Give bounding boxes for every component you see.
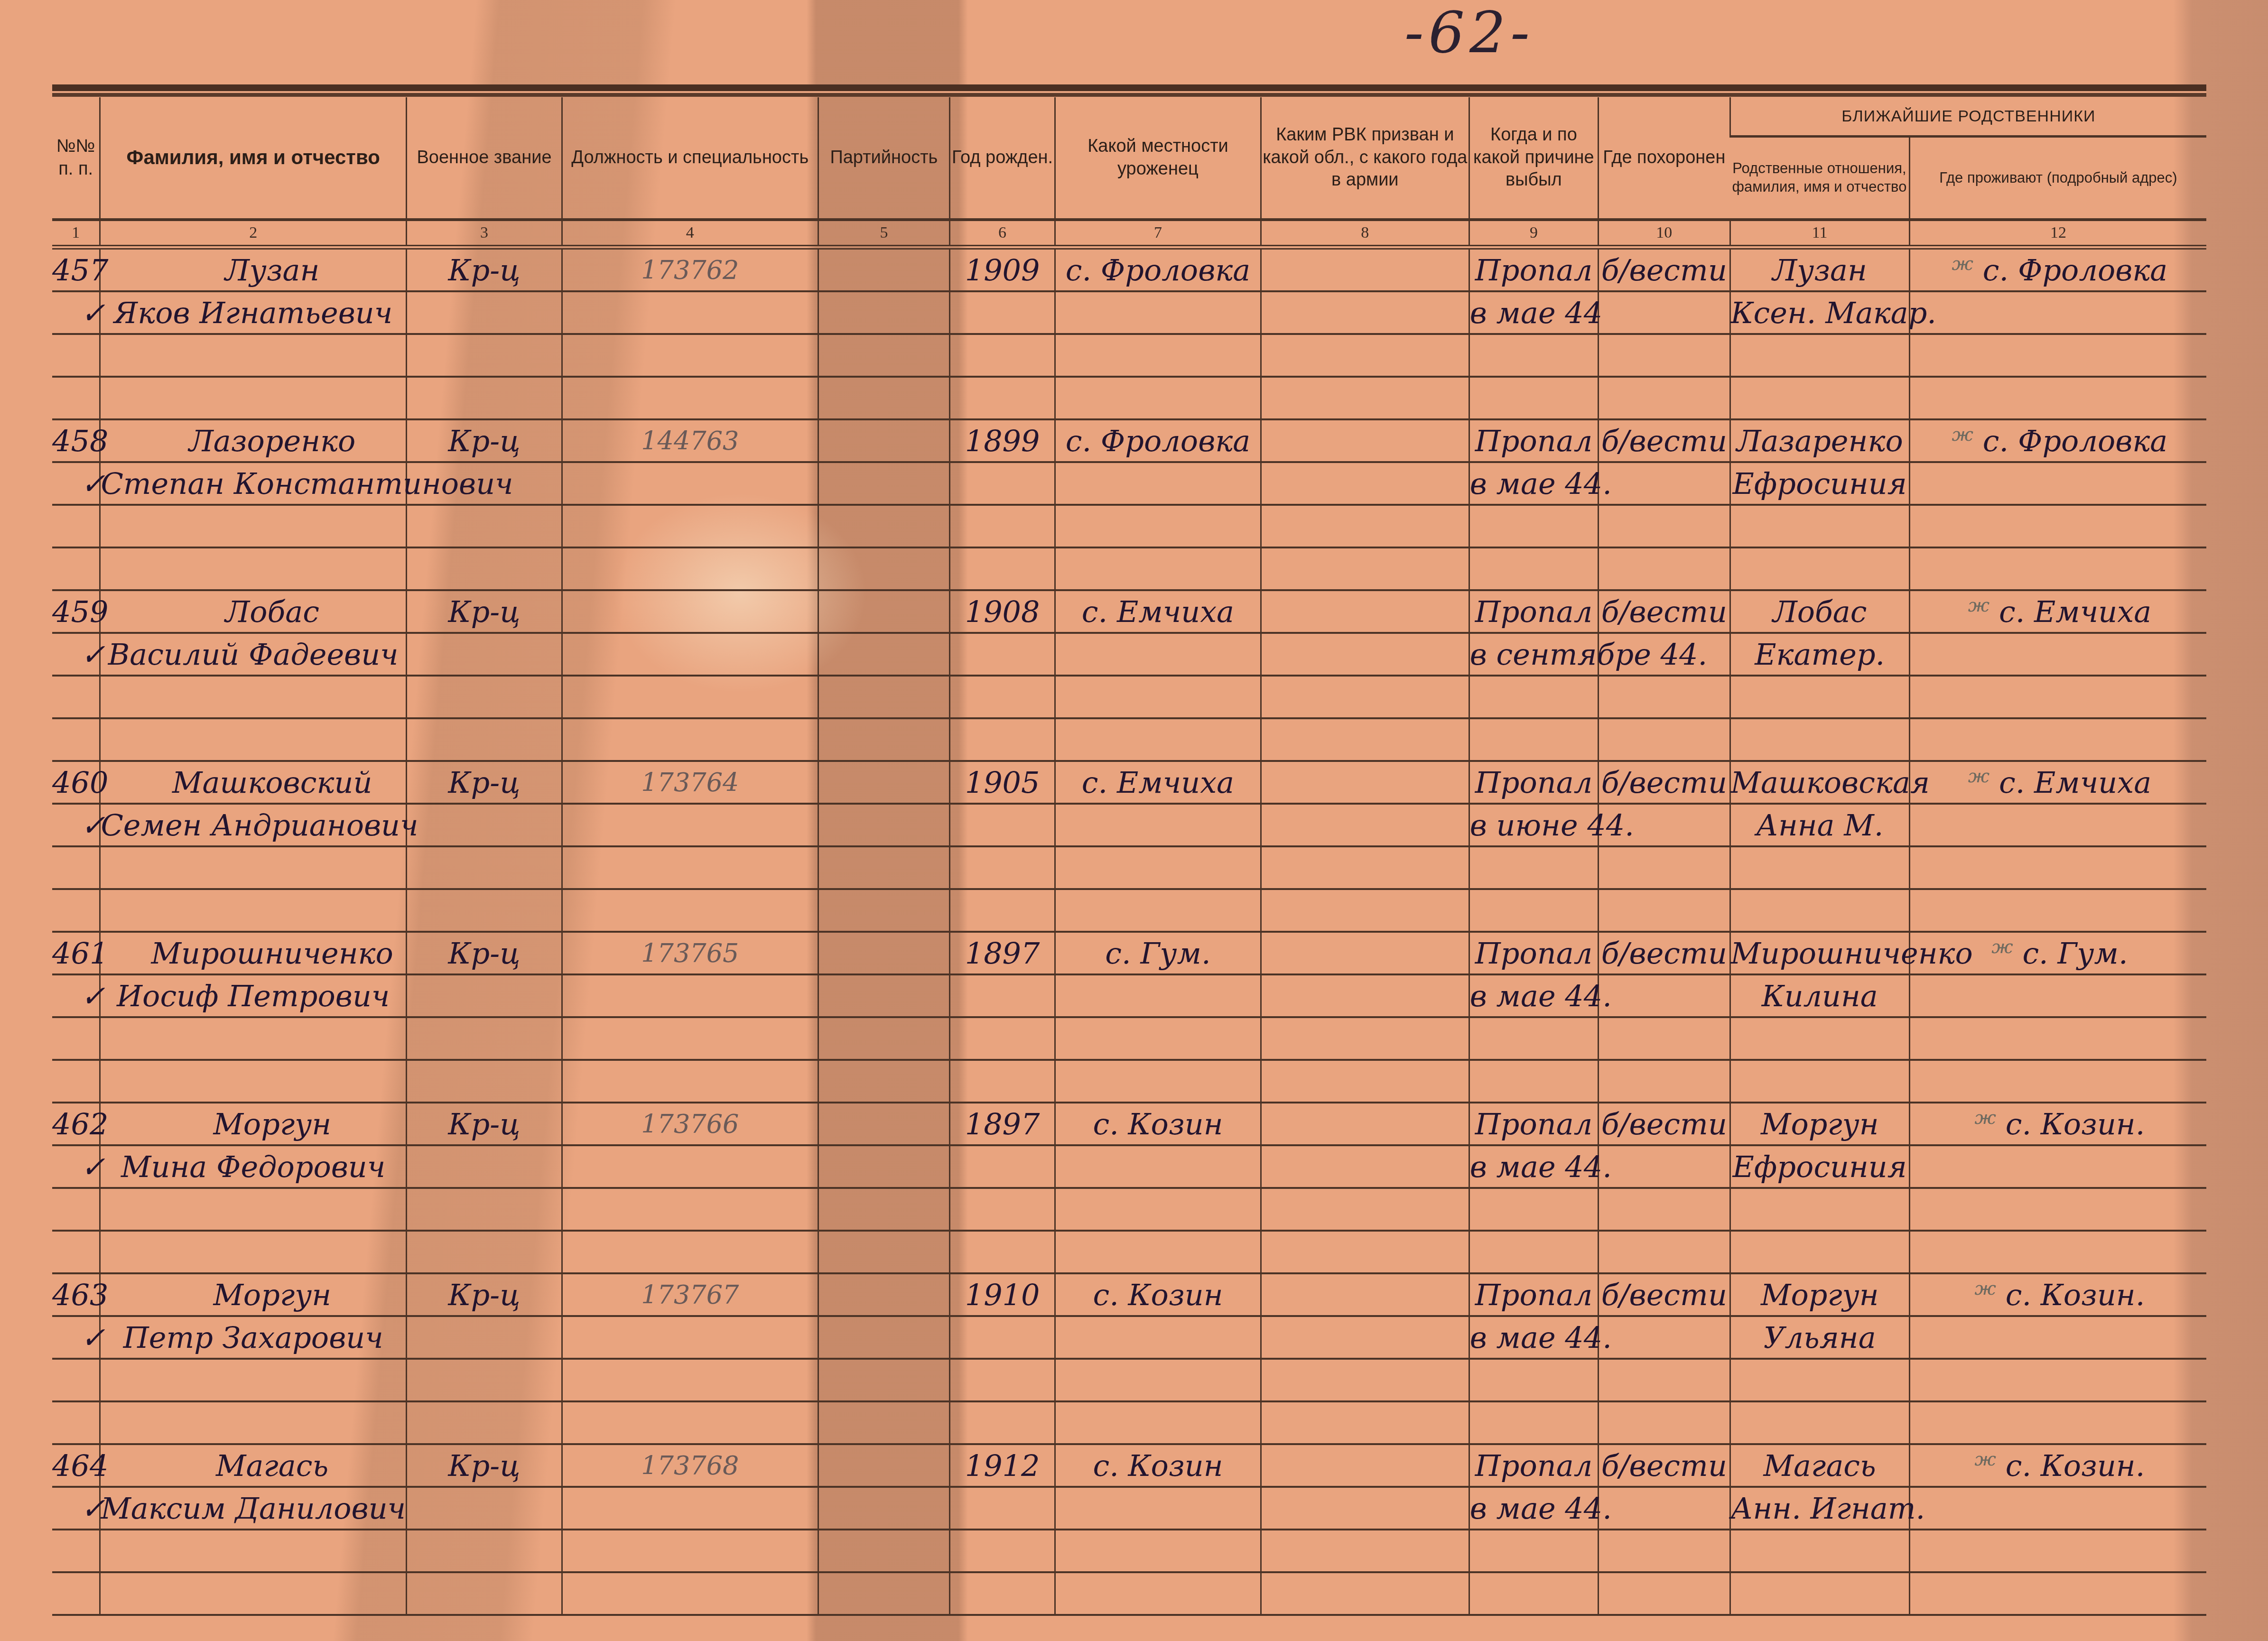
empty-cell	[1909, 462, 2206, 505]
empty-cell	[950, 1145, 1055, 1188]
cell-surname: Мирошниченко	[100, 932, 407, 974]
empty-cell	[950, 1359, 1055, 1401]
empty-cell	[562, 1017, 818, 1060]
empty-cell	[52, 846, 100, 889]
empty-cell	[1055, 1530, 1261, 1572]
cell-position: 173768	[562, 1444, 818, 1487]
empty-cell	[407, 291, 562, 334]
record-row-line: ✓Петр Захаровичв мае 44.Ульяна	[52, 1316, 2206, 1359]
empty-cell	[1261, 1530, 1469, 1572]
cell-buried: б/вести	[1599, 1103, 1730, 1145]
address-text: с. Фроловка	[1983, 253, 2168, 287]
empty-cell	[818, 547, 949, 590]
empty-cell	[1730, 1231, 1909, 1273]
empty-cell	[562, 1060, 818, 1103]
empty-cell	[52, 505, 100, 547]
cell-rvk	[1261, 1273, 1469, 1316]
empty-cell	[1909, 1530, 2206, 1572]
cell-reason-2: в мае 44.	[1469, 1487, 1598, 1530]
cell-party	[818, 1444, 949, 1487]
cell-reason-2: в мае 44.	[1469, 1316, 1598, 1359]
col-header-address: Где проживают (подробный адрес)	[1909, 137, 2206, 220]
empty-cell	[1730, 676, 1909, 718]
empty-cell	[1469, 547, 1598, 590]
empty-cell	[1909, 1017, 2206, 1060]
empty-cell	[950, 334, 1055, 377]
cell-name: Василий Фадеевич	[100, 633, 407, 676]
col-header-rvk: Каким РВК призван и какой обл., с какого…	[1261, 97, 1469, 220]
empty-cell	[1599, 1401, 1730, 1444]
empty-cell	[950, 505, 1055, 547]
empty-cell	[1909, 1316, 2206, 1359]
empty-cell	[1599, 291, 1730, 334]
relation-mark: ж	[1974, 1107, 1996, 1129]
empty-cell	[407, 1316, 562, 1359]
empty-cell	[818, 462, 949, 505]
cell-position: 173764	[562, 761, 818, 804]
cell-birth-year: 1910	[950, 1273, 1055, 1316]
empty-cell	[407, 547, 562, 590]
empty-cell	[562, 1401, 818, 1444]
empty-cell	[1261, 377, 1469, 419]
empty-cell	[1730, 1359, 1909, 1401]
checkmark-icon: ✓	[52, 1145, 100, 1188]
empty-cell	[818, 1316, 949, 1359]
empty-cell	[562, 633, 818, 676]
empty-cell	[1909, 676, 2206, 718]
empty-cell	[1261, 1572, 1469, 1615]
cell-reason-2: в мае 44	[1469, 291, 1598, 334]
col-num-12: 12	[1909, 220, 2206, 247]
empty-cell	[1055, 1572, 1261, 1615]
empty-cell	[1055, 1316, 1261, 1359]
empty-cell	[1469, 1060, 1598, 1103]
cell-rank: Кр-ц	[407, 1444, 562, 1487]
empty-cell	[407, 1530, 562, 1572]
cell-birth-year: 1897	[950, 1103, 1055, 1145]
empty-cell	[100, 1401, 407, 1444]
cell-rank: Кр-ц	[407, 590, 562, 633]
cell-relative-1: Лузан	[1730, 247, 1909, 291]
cell-name: Петр Захарович	[100, 1316, 407, 1359]
cell-surname: Лазоренко	[100, 419, 407, 462]
empty-cell	[1469, 846, 1598, 889]
empty-cell	[950, 1530, 1055, 1572]
loss-register-table: №№ п. п. Фамилия, имя и отчество Военное…	[52, 97, 2206, 1616]
empty-cell	[1909, 889, 2206, 932]
cell-reason-1: Пропал	[1469, 1103, 1598, 1145]
empty-cell	[950, 1572, 1055, 1615]
empty-cell	[100, 1060, 407, 1103]
empty-cell	[52, 1060, 100, 1103]
empty-cell	[1599, 1145, 1730, 1188]
empty-cell	[1055, 633, 1261, 676]
empty-cell	[1055, 676, 1261, 718]
cell-birthplace: с. Козин	[1055, 1444, 1261, 1487]
cell-birthplace: с. Фроловка	[1055, 247, 1261, 291]
empty-cell	[100, 1359, 407, 1401]
cell-birth-year: 1899	[950, 419, 1055, 462]
empty-cell	[1261, 804, 1469, 846]
cell-party	[818, 761, 949, 804]
empty-cell	[1055, 1359, 1261, 1401]
cell-position: 144763	[562, 419, 818, 462]
empty-cell	[1261, 718, 1469, 761]
cell-no: 463	[52, 1273, 100, 1316]
cell-party	[818, 247, 949, 291]
cell-birthplace: с. Козин	[1055, 1103, 1261, 1145]
empty-cell	[818, 846, 949, 889]
empty-cell	[1909, 377, 2206, 419]
cell-position: 173767	[562, 1273, 818, 1316]
empty-cell	[100, 846, 407, 889]
cell-buried: б/вести	[1599, 590, 1730, 633]
empty-cell	[1261, 462, 1469, 505]
checkmark-icon: ✓	[52, 291, 100, 334]
empty-cell	[52, 1017, 100, 1060]
cell-surname: Лузан	[100, 247, 407, 291]
cell-rank: Кр-ц	[407, 761, 562, 804]
empty-cell	[1730, 547, 1909, 590]
empty-cell	[1599, 889, 1730, 932]
record-row: 459ЛобасКр-ц1908с. ЕмчихаПропалб/вестиЛо…	[52, 590, 2206, 633]
col-num-3: 3	[407, 220, 562, 247]
record-row-line	[52, 1231, 2206, 1273]
address-text: с. Гум.	[2022, 936, 2128, 971]
empty-cell	[950, 462, 1055, 505]
relation-mark: ж	[1974, 1448, 1996, 1470]
record-row-line: ✓Семен Андриановичв июне 44.Анна М.	[52, 804, 2206, 846]
empty-cell	[1469, 1401, 1598, 1444]
empty-cell	[1909, 633, 2206, 676]
address-text: с. Емчиха	[1999, 594, 2151, 629]
col-header-position: Должность и специальность	[562, 97, 818, 220]
empty-cell	[1055, 1487, 1261, 1530]
record-row-line	[52, 1401, 2206, 1444]
col-num-10: 10	[1599, 220, 1730, 247]
empty-cell	[1730, 334, 1909, 377]
relation-mark: ж	[1968, 594, 1989, 616]
record-row-line: ✓Василий Фадеевичв сентябре 44.Екатер.	[52, 633, 2206, 676]
cell-relative-2: Ульяна	[1730, 1316, 1909, 1359]
cell-name: Мина Федорович	[100, 1145, 407, 1188]
col-header-birth-year: Год рожден.	[950, 97, 1055, 220]
empty-cell	[1599, 377, 1730, 419]
empty-cell	[1909, 1572, 2206, 1615]
empty-cell	[562, 1487, 818, 1530]
empty-cell	[52, 334, 100, 377]
empty-cell	[950, 633, 1055, 676]
empty-cell	[818, 505, 949, 547]
col-header-buried: Где похоронен	[1599, 97, 1730, 220]
empty-cell	[1599, 718, 1730, 761]
record-row-line	[52, 377, 2206, 419]
page-number: -62-	[1404, 0, 1534, 66]
empty-cell	[1730, 1401, 1909, 1444]
empty-cell	[100, 505, 407, 547]
column-number-row: 1 2 3 4 5 6 7 8 9 10 11 12	[52, 220, 2206, 247]
empty-cell	[1055, 505, 1261, 547]
cell-birthplace: с. Гум.	[1055, 932, 1261, 974]
cell-address: ж с. Козин.	[1909, 1273, 2206, 1316]
col-num-6: 6	[950, 220, 1055, 247]
empty-cell	[1730, 1530, 1909, 1572]
cell-birthplace: с. Емчиха	[1055, 590, 1261, 633]
empty-cell	[1469, 1530, 1598, 1572]
empty-cell	[1909, 334, 2206, 377]
record-row-line: ✓Степан Константиновичв мае 44.Ефросиния	[52, 462, 2206, 505]
cell-address: ж с. Козин.	[1909, 1444, 2206, 1487]
empty-cell	[562, 377, 818, 419]
empty-cell	[818, 1188, 949, 1231]
empty-cell	[818, 1231, 949, 1273]
empty-cell	[407, 505, 562, 547]
cell-reason-1: Пропал	[1469, 932, 1598, 974]
empty-cell	[407, 676, 562, 718]
record-row: 460МашковскийКр-ц1737641905с. ЕмчихаПроп…	[52, 761, 2206, 804]
empty-cell	[1469, 505, 1598, 547]
empty-cell	[1469, 1359, 1598, 1401]
empty-cell	[1909, 974, 2206, 1017]
record-row: 458ЛазоренкоКр-ц1447631899с. ФроловкаПро…	[52, 419, 2206, 462]
empty-cell	[1599, 334, 1730, 377]
empty-cell	[1909, 1401, 2206, 1444]
empty-cell	[1730, 1188, 1909, 1231]
cell-position: 173762	[562, 247, 818, 291]
col-header-birthplace: Какой местности уроженец	[1055, 97, 1261, 220]
empty-cell	[1055, 377, 1261, 419]
empty-cell	[818, 1572, 949, 1615]
empty-cell	[950, 804, 1055, 846]
empty-cell	[1261, 1487, 1469, 1530]
empty-cell	[100, 1017, 407, 1060]
col-header-relation: Родственные отношения, фамилия, имя и от…	[1730, 137, 1909, 220]
empty-cell	[1469, 1231, 1598, 1273]
empty-cell	[818, 1060, 949, 1103]
checkmark-icon: ✓	[52, 462, 100, 505]
record-row: 462МоргунКр-ц1737661897с. КозинПропалб/в…	[52, 1103, 2206, 1145]
cell-relative-2: Анн. Игнат.	[1730, 1487, 1909, 1530]
empty-cell	[52, 1530, 100, 1572]
record-row-line	[52, 334, 2206, 377]
empty-cell	[52, 1359, 100, 1401]
empty-cell	[1909, 718, 2206, 761]
empty-cell	[950, 1487, 1055, 1530]
empty-cell	[1909, 505, 2206, 547]
empty-cell	[1055, 846, 1261, 889]
record-row-line	[52, 505, 2206, 547]
empty-cell	[1261, 1145, 1469, 1188]
col-num-5: 5	[818, 220, 949, 247]
empty-cell	[950, 1017, 1055, 1060]
record-row-line	[52, 1188, 2206, 1231]
cell-reason-1: Пропал	[1469, 590, 1598, 633]
empty-cell	[818, 377, 949, 419]
empty-cell	[1261, 291, 1469, 334]
empty-cell	[562, 462, 818, 505]
cell-name: Семен Андрианович	[100, 804, 407, 846]
cell-name: Максим Данилович	[100, 1487, 407, 1530]
empty-cell	[1599, 846, 1730, 889]
empty-cell	[1261, 1401, 1469, 1444]
empty-cell	[407, 1487, 562, 1530]
cell-rank: Кр-ц	[407, 1273, 562, 1316]
empty-cell	[407, 804, 562, 846]
empty-cell	[1261, 505, 1469, 547]
cell-address: ж с. Емчиха	[1909, 590, 2206, 633]
empty-cell	[1730, 1017, 1909, 1060]
empty-cell	[950, 1188, 1055, 1231]
cell-relative-1: Лазаренко	[1730, 419, 1909, 462]
empty-cell	[407, 334, 562, 377]
cell-no: 464	[52, 1444, 100, 1487]
empty-cell	[1055, 1401, 1261, 1444]
empty-cell	[818, 1401, 949, 1444]
empty-cell	[100, 1530, 407, 1572]
cell-birthplace: с. Козин	[1055, 1273, 1261, 1316]
cell-no: 458	[52, 419, 100, 462]
cell-rvk	[1261, 247, 1469, 291]
empty-cell	[1599, 1060, 1730, 1103]
cell-name: Яков Игнатьевич	[100, 291, 407, 334]
cell-relative-1: Моргун	[1730, 1273, 1909, 1316]
empty-cell	[1909, 846, 2206, 889]
cell-reason-2: в июне 44.	[1469, 804, 1598, 846]
empty-cell	[1599, 1530, 1730, 1572]
empty-cell	[1261, 633, 1469, 676]
empty-cell	[1055, 1060, 1261, 1103]
record-row-line	[52, 1060, 2206, 1103]
empty-cell	[407, 1231, 562, 1273]
cell-reason-1: Пропал	[1469, 247, 1598, 291]
cell-relative-1: Магась	[1730, 1444, 1909, 1487]
empty-cell	[1730, 846, 1909, 889]
empty-cell	[950, 547, 1055, 590]
empty-cell	[1261, 676, 1469, 718]
col-header-party: Партийность	[818, 97, 949, 220]
empty-cell	[562, 804, 818, 846]
empty-cell	[562, 1359, 818, 1401]
record-row-line	[52, 1530, 2206, 1572]
cell-name: Иосиф Петрович	[100, 974, 407, 1017]
empty-cell	[1055, 804, 1261, 846]
empty-cell	[1730, 1572, 1909, 1615]
cell-buried: б/вести	[1599, 247, 1730, 291]
empty-cell	[950, 1060, 1055, 1103]
empty-cell	[407, 633, 562, 676]
cell-address: ж с. Емчиха	[1909, 761, 2206, 804]
checkmark-icon: ✓	[52, 1487, 100, 1530]
empty-cell	[52, 377, 100, 419]
empty-cell	[1469, 1572, 1598, 1615]
record-row-line	[52, 1359, 2206, 1401]
empty-cell	[52, 676, 100, 718]
empty-cell	[1909, 1231, 2206, 1273]
cell-buried: б/вести	[1599, 761, 1730, 804]
empty-cell	[562, 547, 818, 590]
empty-cell	[562, 505, 818, 547]
empty-cell	[1599, 547, 1730, 590]
checkmark-icon: ✓	[52, 974, 100, 1017]
empty-cell	[950, 291, 1055, 334]
empty-cell	[562, 1231, 818, 1273]
empty-cell	[52, 1188, 100, 1231]
empty-cell	[562, 334, 818, 377]
empty-cell	[1599, 1572, 1730, 1615]
empty-cell	[1599, 462, 1730, 505]
empty-cell	[1469, 377, 1598, 419]
empty-cell	[100, 1188, 407, 1231]
empty-cell	[1055, 1145, 1261, 1188]
cell-no: 462	[52, 1103, 100, 1145]
record-row-line	[52, 718, 2206, 761]
empty-cell	[818, 804, 949, 846]
cell-relative-2: Ефросиния	[1730, 1145, 1909, 1188]
col-header-rank: Военное звание	[407, 97, 562, 220]
empty-cell	[1469, 1017, 1598, 1060]
empty-cell	[1469, 718, 1598, 761]
empty-cell	[818, 889, 949, 932]
cell-rvk	[1261, 419, 1469, 462]
empty-cell	[950, 676, 1055, 718]
empty-cell	[562, 974, 818, 1017]
empty-cell	[950, 718, 1055, 761]
header-row: №№ п. п. Фамилия, имя и отчество Военное…	[52, 97, 2206, 137]
empty-cell	[562, 1145, 818, 1188]
empty-cell	[52, 718, 100, 761]
cell-reason-2: в мае 44.	[1469, 974, 1598, 1017]
cell-birthplace: с. Фроловка	[1055, 419, 1261, 462]
empty-cell	[1469, 676, 1598, 718]
record-row: 464МагасьКр-ц1737681912с. КозинПропалб/в…	[52, 1444, 2206, 1487]
cell-relative-1: Машковская	[1730, 761, 1909, 804]
cell-birth-year: 1908	[950, 590, 1055, 633]
empty-cell	[1599, 676, 1730, 718]
col-num-2: 2	[100, 220, 407, 247]
col-num-7: 7	[1055, 220, 1261, 247]
empty-cell	[52, 1401, 100, 1444]
cell-relative-2: Килина	[1730, 974, 1909, 1017]
cell-party	[818, 1273, 949, 1316]
cell-party	[818, 419, 949, 462]
relation-mark: ж	[1974, 1278, 1996, 1299]
empty-cell	[407, 1401, 562, 1444]
record-row-line	[52, 889, 2206, 932]
empty-cell	[1599, 1316, 1730, 1359]
empty-cell	[100, 377, 407, 419]
records-body: 457ЛузанКр-ц1737621909с. ФроловкаПропалб…	[52, 247, 2206, 1615]
empty-cell	[1055, 718, 1261, 761]
address-text: с. Козин.	[2006, 1278, 2145, 1312]
empty-cell	[1055, 1188, 1261, 1231]
empty-cell	[100, 334, 407, 377]
empty-cell	[407, 1572, 562, 1615]
empty-cell	[562, 676, 818, 718]
cell-no: 459	[52, 590, 100, 633]
col-header-number: №№ п. п.	[52, 97, 100, 220]
record-row-line: ✓Яков Игнатьевичв мае 44Ксен. Макар.	[52, 291, 2206, 334]
empty-cell	[1055, 291, 1261, 334]
empty-cell	[818, 291, 949, 334]
cell-rvk	[1261, 590, 1469, 633]
record-row-line: ✓Мина Федоровичв мае 44.Ефросиния	[52, 1145, 2206, 1188]
address-text: с. Козин.	[2006, 1448, 2145, 1483]
relation-mark: ж	[1968, 765, 1989, 787]
empty-cell	[1599, 974, 1730, 1017]
empty-cell	[407, 974, 562, 1017]
empty-cell	[818, 718, 949, 761]
empty-cell	[1261, 1017, 1469, 1060]
